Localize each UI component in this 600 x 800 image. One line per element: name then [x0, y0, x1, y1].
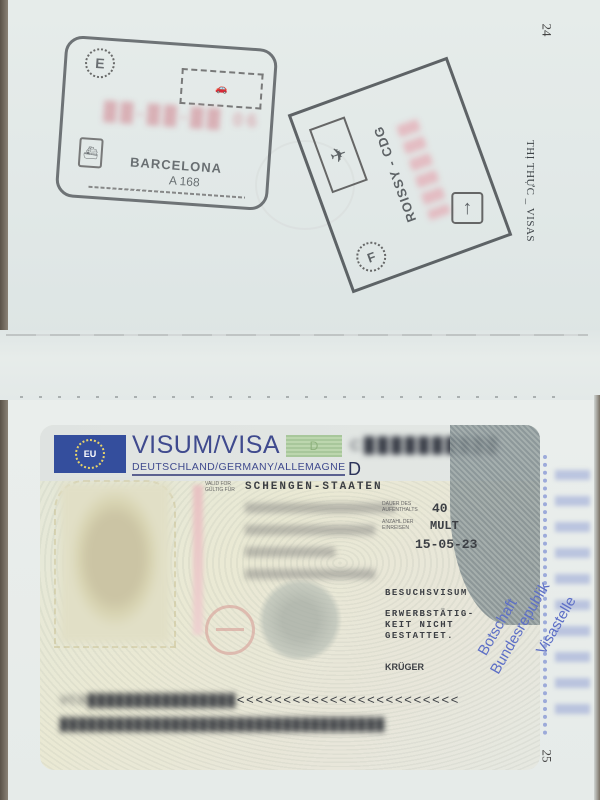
eu-flag-icon: EU [54, 435, 126, 473]
valid-for-value: SCHENGEN-STAATEN [245, 481, 383, 493]
car-icon: 🚗 [179, 68, 263, 110]
security-seal-icon [205, 605, 255, 655]
issuing-country: DEUTSCHLAND/GERMANY/ALLEMAGNE [132, 461, 345, 476]
eu-stars-e-icon: E [84, 47, 116, 79]
visa-title: VISUM/VISA [132, 431, 280, 460]
mrz-line-1: VCD████████████████<<<<<<<<<<<<<<<<<<<<<… [60, 693, 460, 708]
visa-remarks: ERWERBSTÄTIG- KEIT NICHT GESTATTET. [385, 609, 475, 642]
redacted-name [245, 569, 375, 579]
mrz-line-2: ███████████████████████████████████ [60, 717, 386, 732]
binding-stitch [6, 334, 588, 336]
entry-arrow-icon: ↑ [451, 192, 483, 224]
visas-section-label: THỊ THỰC _ VISAS [524, 116, 536, 266]
visa-type: BESUCHSVISUM [385, 588, 468, 598]
duration-of-stay: 40 [432, 501, 448, 516]
mrz-line-1-redacted: VCD████████████████ [60, 693, 237, 708]
hologram [255, 580, 345, 660]
redacted-vertical-strip [193, 485, 203, 635]
page-number-25: 25 [539, 750, 555, 763]
ship-icon: ⛴ [78, 137, 104, 169]
page-perforation [20, 396, 570, 398]
field-label-duration: DAUER DESAUFENTHALTS [382, 501, 418, 513]
field-label-entries: ANZAHL DEREINREISEN [382, 519, 414, 531]
page-number-24: 24 [539, 24, 555, 37]
stamp-code: A 168 [169, 173, 201, 189]
airplane-icon: ✈ [309, 116, 368, 193]
issuing-officer-signature: KRÜGER [385, 662, 424, 672]
passport-gutter [0, 330, 600, 400]
redacted-field [245, 525, 375, 535]
holder-photo-blurred [60, 483, 170, 643]
field-label-valid-for: VALID FORGÜLTIG FÜR [205, 481, 235, 493]
stamp-microtext [88, 186, 245, 199]
redacted-passport-no [245, 547, 335, 557]
country-code: D [348, 459, 361, 480]
passport-edge-left [0, 0, 8, 800]
schengen-visa-sticker: EU VISUM/VISA DEUTSCHLAND/GERMANY/ALLEMA… [40, 425, 540, 770]
stamp-city: BARCELONA [130, 155, 223, 176]
mrz-line-2-redacted: ███████████████████████████████████ [60, 717, 386, 732]
eu-label: EU [75, 439, 105, 469]
barcelona-entry-stamp: E 🚗 ██-██-██ 06 ⛴ BARCELONA A 168 [55, 35, 279, 211]
date-of-issue: 15-05-23 [415, 537, 477, 552]
eu-stars-f-icon: F [352, 238, 390, 276]
country-emblem: D [286, 435, 342, 457]
number-of-entries: MULT [430, 519, 459, 533]
mrz-line-1-fillers: <<<<<<<<<<<<<<<<<<<<<<<< [237, 693, 460, 708]
redacted-validity-dates [245, 503, 395, 513]
dotted-entry-stamp [543, 455, 595, 735]
